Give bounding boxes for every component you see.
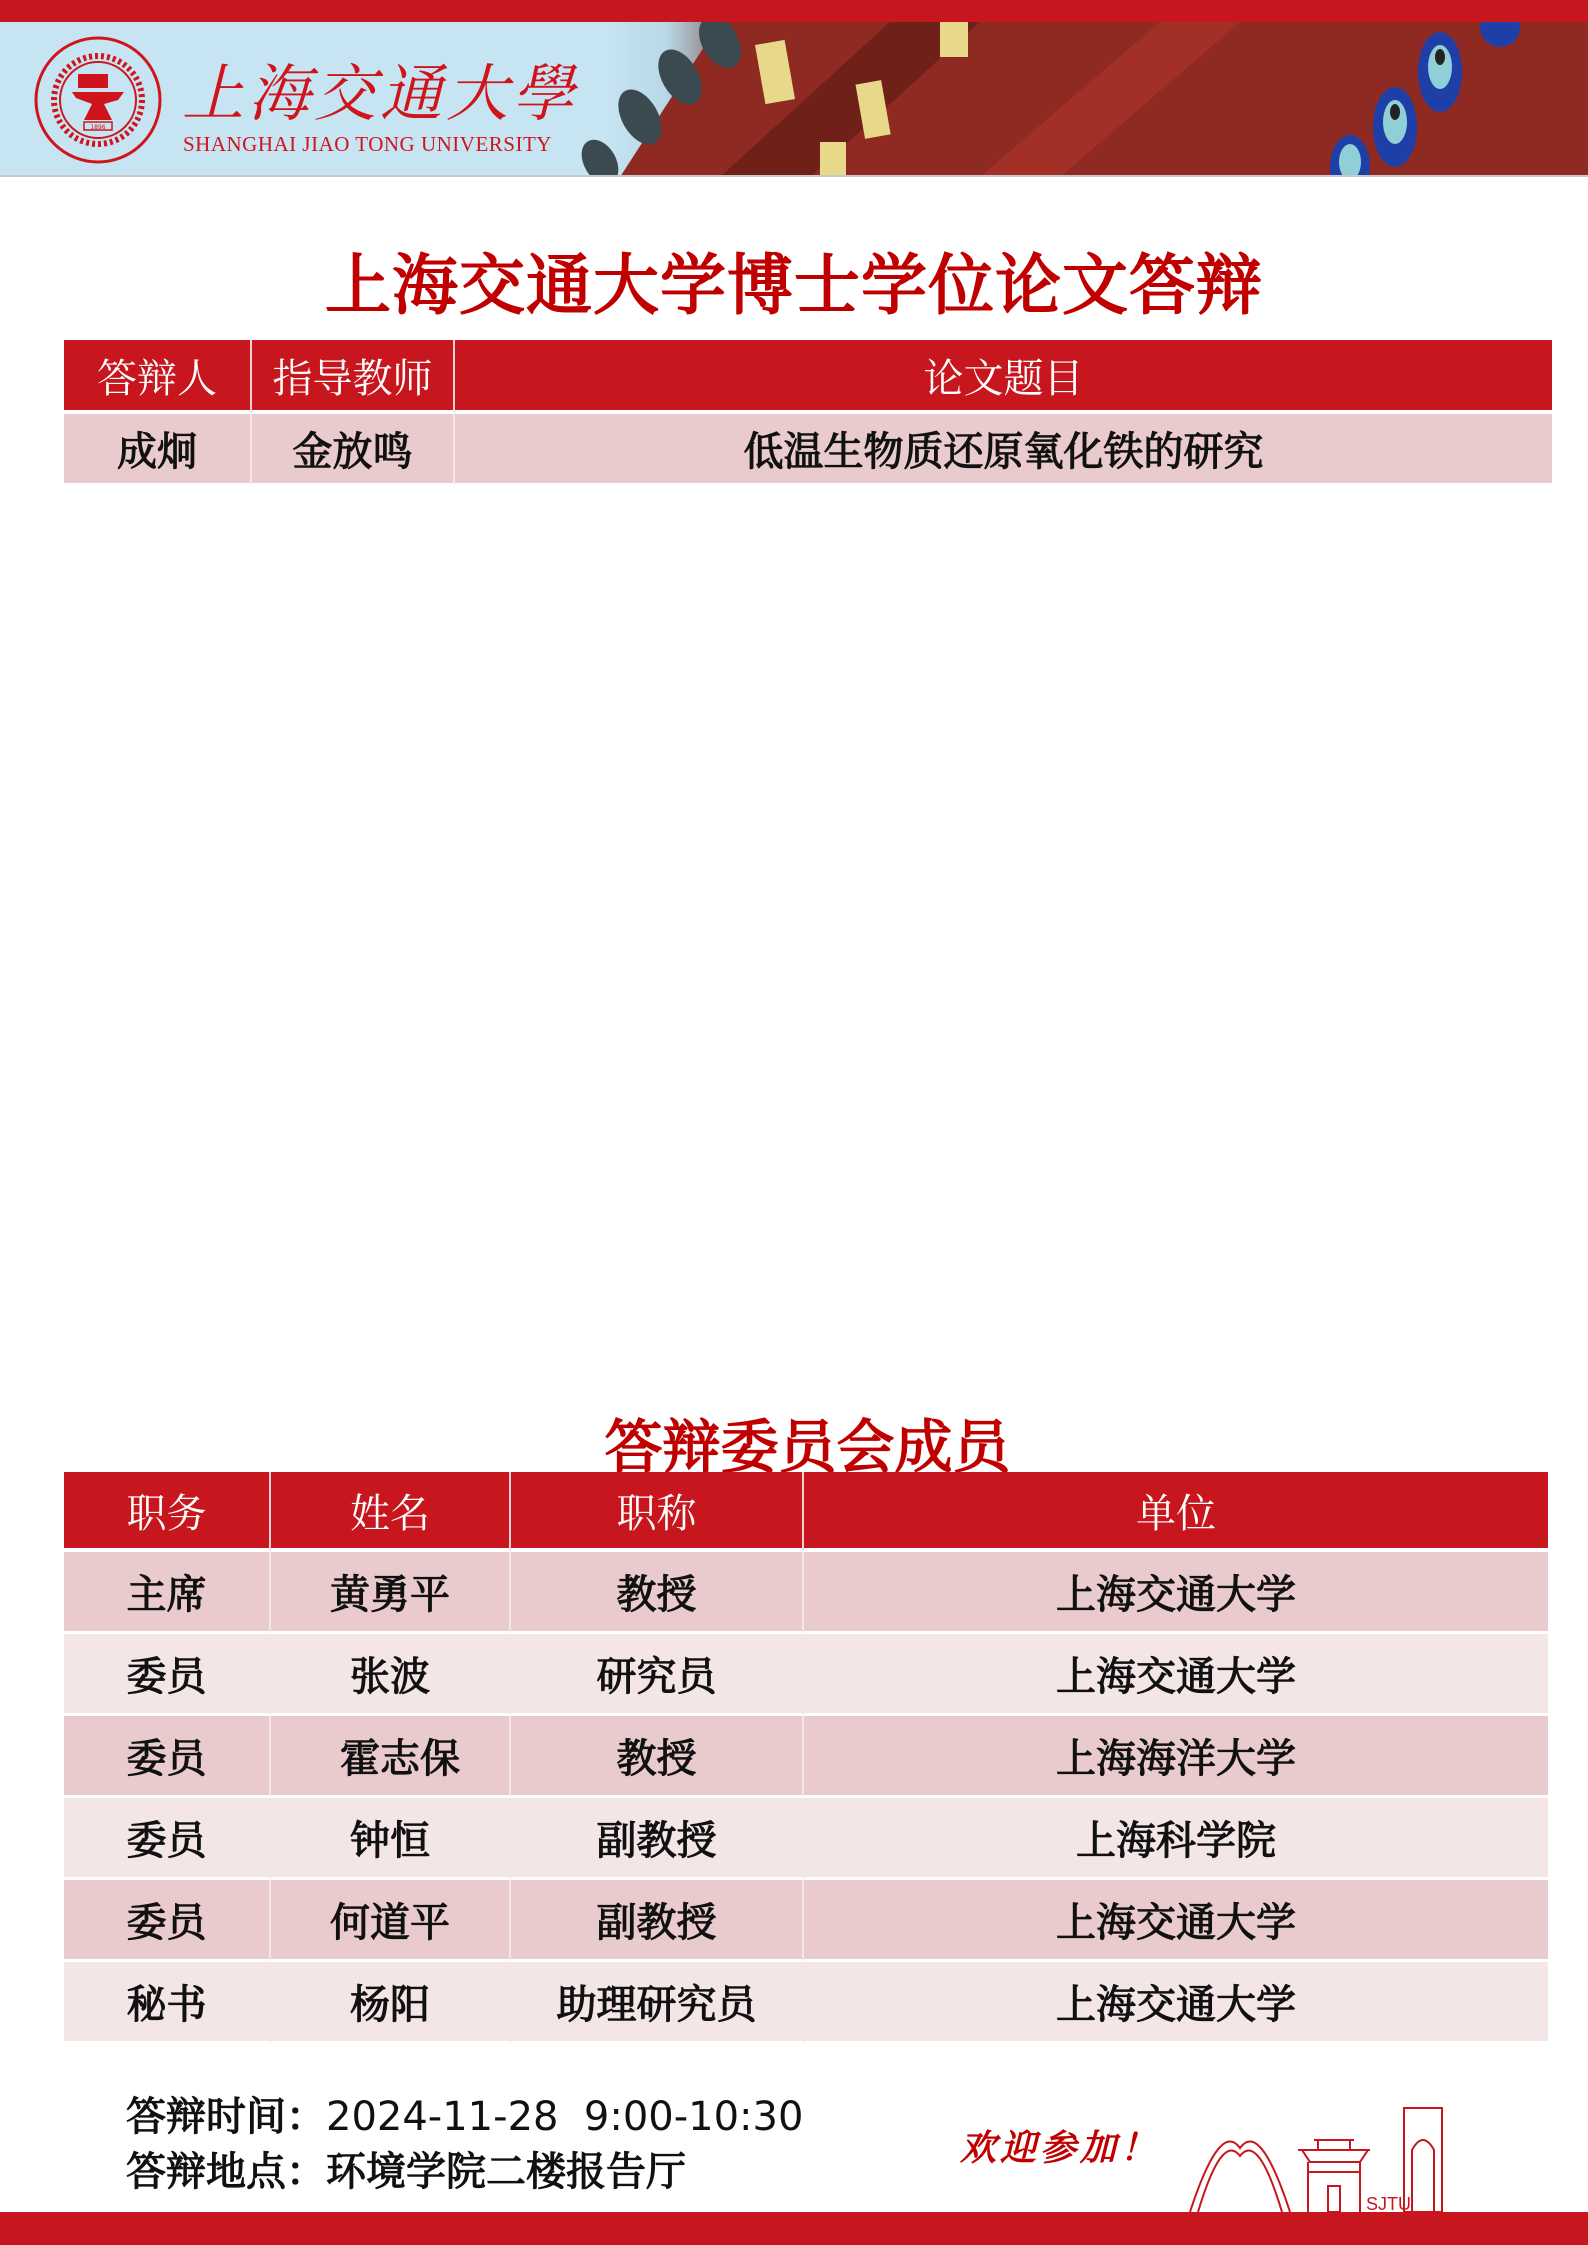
table-row: 委员 霍志保 教授 上海海洋大学 xyxy=(64,1716,1548,1798)
thesis-title: 低温生物质还原氧化铁的研究 xyxy=(455,414,1552,486)
header-thesis-title: 论文题目 xyxy=(455,340,1552,414)
top-red-bar xyxy=(0,0,1588,22)
role: 委员 xyxy=(64,1880,271,1962)
header-role: 职务 xyxy=(64,1472,271,1552)
rank: 副教授 xyxy=(511,1880,804,1962)
defense-time-value: 2024-11-28 9:00-10:30 xyxy=(326,2094,803,2140)
university-name-en: SHANGHAI JIAO TONG UNIVERSITY xyxy=(183,132,552,157)
university-name-cn: 上海交通大學 xyxy=(182,44,578,133)
affiliation: 上海海洋大学 xyxy=(804,1716,1548,1798)
name: 杨阳 xyxy=(271,1962,511,2044)
name: 钟恒 xyxy=(271,1798,511,1880)
name: 黄勇平 xyxy=(271,1552,511,1634)
header-advisor: 指导教师 xyxy=(252,340,455,414)
header-name: 姓名 xyxy=(271,1472,511,1552)
table-row: 秘书 杨阳 助理研究员 上海交通大学 xyxy=(64,1962,1548,2044)
name: 何道平 xyxy=(271,1880,511,1962)
role: 秘书 xyxy=(64,1962,271,2044)
page-title: 上海交通大学博士学位论文答辩 xyxy=(0,232,1588,327)
defense-time-label: 答辩时间： xyxy=(126,2094,326,2140)
table-row: 主席 黄勇平 教授 上海交通大学 xyxy=(64,1552,1548,1634)
affiliation: 上海交通大学 xyxy=(804,1880,1548,1962)
affiliation: 上海交通大学 xyxy=(804,1962,1548,2044)
header-defender: 答辩人 xyxy=(64,340,252,414)
welcome-text: 欢迎参加！ xyxy=(960,2120,1160,2171)
campus-skyline-icon: SJTU xyxy=(1180,2100,1480,2215)
defense-place: 答辩地点：环境学院二楼报告厅 xyxy=(126,2140,686,2197)
defense-place-label: 答辩地点： xyxy=(126,2149,326,2195)
header-rank: 职称 xyxy=(511,1472,804,1552)
rank: 副教授 xyxy=(511,1798,804,1880)
advisor-name: 金放鸣 xyxy=(252,414,455,486)
role: 委员 xyxy=(64,1716,271,1798)
committee-table: 职务 姓名 职称 单位 主席 黄勇平 教授 上海交通大学 委员 张波 研究员 上… xyxy=(64,1472,1548,2044)
bottom-red-bar xyxy=(0,2212,1588,2245)
svg-text:SJTU: SJTU xyxy=(1366,2194,1411,2214)
role: 委员 xyxy=(64,1634,271,1716)
table-row: 成炯 金放鸣 低温生物质还原氧化铁的研究 xyxy=(64,414,1552,486)
affiliation: 上海科学院 xyxy=(804,1798,1548,1880)
rank: 研究员 xyxy=(511,1634,804,1716)
defender-name: 成炯 xyxy=(64,414,252,486)
rank: 助理研究员 xyxy=(511,1962,804,2044)
affiliation: 上海交通大学 xyxy=(804,1552,1548,1634)
name: 张波 xyxy=(271,1634,511,1716)
defense-time: 答辩时间：2024-11-28 9:00-10:30 xyxy=(126,2085,803,2142)
defense-place-value: 环境学院二楼报告厅 xyxy=(326,2149,686,2195)
role: 委员 xyxy=(64,1798,271,1880)
rank: 教授 xyxy=(511,1552,804,1634)
table-row: 委员 何道平 副教授 上海交通大学 xyxy=(64,1880,1548,1962)
header-banner: 1896 上海交通大學 SHANGHAI JIAO TONG UNIVERSIT… xyxy=(0,22,1588,177)
header-affiliation: 单位 xyxy=(804,1472,1548,1552)
roof-eaves-image xyxy=(560,22,1588,177)
svg-text:1896: 1896 xyxy=(90,124,105,131)
table-row: 委员 张波 研究员 上海交通大学 xyxy=(64,1634,1548,1716)
committee-table-header: 职务 姓名 职称 单位 xyxy=(64,1472,1548,1552)
affiliation: 上海交通大学 xyxy=(804,1634,1548,1716)
table-row: 委员 钟恒 副教授 上海科学院 xyxy=(64,1798,1548,1880)
defense-table: 答辩人 指导教师 论文题目 成炯 金放鸣 低温生物质还原氧化铁的研究 xyxy=(64,340,1552,486)
defense-table-header: 答辩人 指导教师 论文题目 xyxy=(64,340,1552,414)
university-seal-logo: 1896 xyxy=(32,34,164,166)
role: 主席 xyxy=(64,1552,271,1634)
name: 霍志保 xyxy=(271,1716,511,1798)
rank: 教授 xyxy=(511,1716,804,1798)
